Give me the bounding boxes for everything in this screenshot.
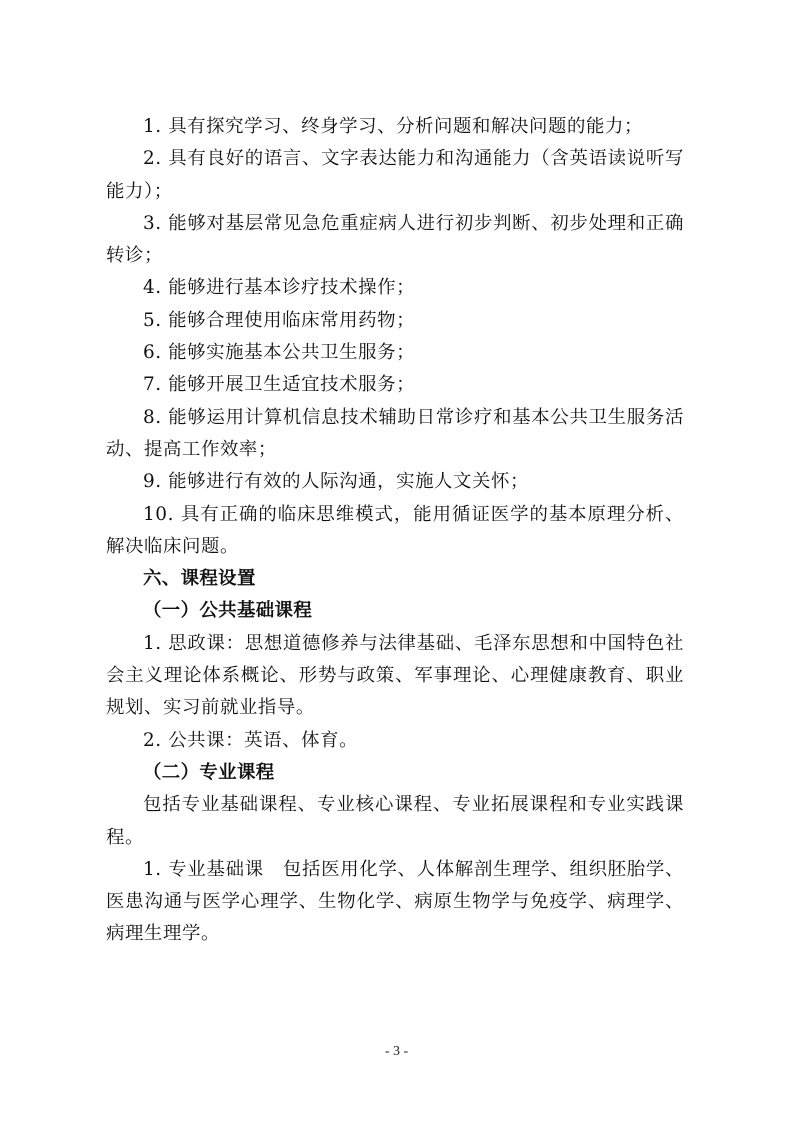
- competency-item-6: 6. 能够实施基本公共卫生服务；: [106, 337, 684, 369]
- course-item-public: 2. 公共课：英语、体育。: [106, 725, 684, 757]
- section-heading-curriculum: 六、课程设置: [106, 563, 684, 595]
- competency-item-8: 8. 能够运用计算机信息技术辅助日常诊疗和基本公共卫生服务活动、提高工作效率；: [106, 402, 684, 467]
- competency-item-1: 1. 具有探究学习、终身学习、分析问题和解决问题的能力；: [106, 111, 684, 143]
- competency-item-5: 5. 能够合理使用临床常用药物；: [106, 305, 684, 337]
- course-item-professional-basic: 1. 专业基础课 包括医用化学、人体解剖生理学、组织胚胎学、医患沟通与医学心理学…: [106, 854, 684, 951]
- document-body: 1. 具有探究学习、终身学习、分析问题和解决问题的能力； 2. 具有良好的语言、…: [106, 111, 684, 951]
- professional-courses-intro: 包括专业基础课程、专业核心课程、专业拓展课程和专业实践课程。: [106, 789, 684, 854]
- subsection-heading-public-courses: （一）公共基础课程: [106, 595, 684, 627]
- competency-item-2: 2. 具有良好的语言、文字表达能力和沟通能力（含英语读说听写能力）；: [106, 143, 684, 208]
- subsection-heading-professional-courses: （二）专业课程: [106, 757, 684, 789]
- page-number: - 3 -: [0, 1044, 793, 1060]
- competency-item-4: 4. 能够进行基本诊疗技术操作；: [106, 272, 684, 304]
- competency-item-9: 9. 能够进行有效的人际沟通，实施人文关怀；: [106, 466, 684, 498]
- course-item-ideology: 1. 思政课：思想道德修养与法律基础、毛泽东思想和中国特色社会主义理论体系概论、…: [106, 628, 684, 725]
- competency-item-3: 3. 能够对基层常见急危重症病人进行初步判断、初步处理和正确转诊；: [106, 208, 684, 273]
- competency-item-10: 10. 具有正确的临床思维模式，能用循证医学的基本原理分析、解决临床问题。: [106, 499, 684, 564]
- competency-item-7: 7. 能够开展卫生适宜技术服务；: [106, 369, 684, 401]
